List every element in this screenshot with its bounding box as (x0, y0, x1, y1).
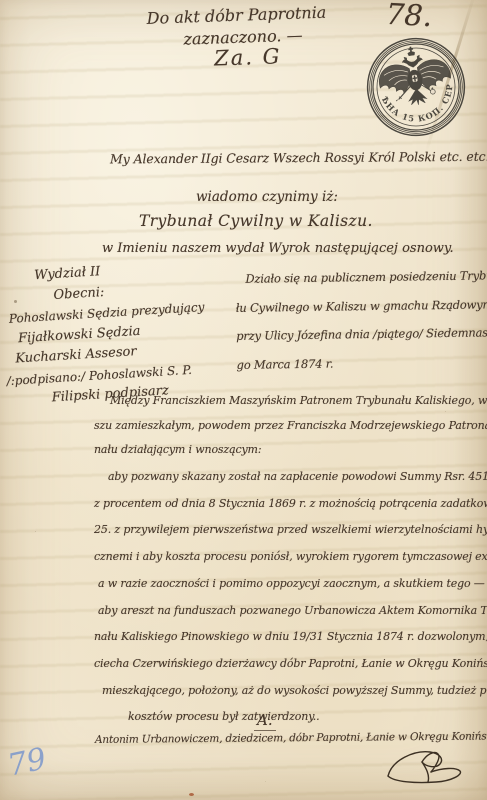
docket-paraph: Za. G (214, 44, 282, 70)
claims-line: mieszkającego, położony, aż do wysokości… (102, 678, 487, 705)
parties-paragraph: Między Franciszkiem Maszyńskim Patronem … (94, 389, 487, 463)
claims-line: aby areszt na funduszach pozwanego Urban… (98, 598, 487, 625)
pencil-folio-number: 79 (5, 741, 50, 783)
heading-royal-title: My Alexander IIgi Cesarz Wszech Rossyi K… (110, 149, 487, 167)
claims-line: cznemi i aby koszta procesu poniósł, wyr… (94, 544, 487, 571)
claims-line: kosztów procesu był zatwierdzony.. (128, 704, 487, 731)
claims-paragraph: aby pozwany skazany został na zapłacenie… (94, 464, 487, 731)
parties-line: nału działającym i wnoszącym: (94, 438, 487, 463)
claims-line: ciecha Czerwińskiego dzierżawcy dóbr Pap… (94, 651, 487, 678)
document-page: Do akt dóbr Paprotnia zaznaczono. — Za. … (0, 0, 487, 800)
stamp-seal-graphic: ЦѢНА 15 КОП. СЕР. (360, 31, 473, 144)
session-line: przy Ulicy Józefina dnia /piątego/ Siede… (236, 318, 487, 350)
claims-line: nału Kaliskiego Pinowskiego w dniu 19/31… (94, 624, 487, 651)
docket-line-1: Do akt dóbr Paprotnia (146, 3, 326, 28)
signature-paraph (378, 742, 470, 797)
section-separator: A. (254, 711, 276, 731)
claims-line: 25. z przywilejem pierwszeństwa przed ws… (94, 517, 487, 544)
ink-speck (189, 793, 194, 796)
session-line: go Marca 1874 r. (236, 347, 487, 379)
heading-tribunal: Trybunał Cywilny w Kaliszu. (139, 212, 373, 230)
signature-flourish-graphic (378, 742, 470, 797)
session-paragraph: Działo się na publicznem posiedzeniu Try… (235, 261, 487, 379)
claims-line: a w razie zaoczności i pomimo oppozycyi … (98, 571, 487, 598)
claims-line: aby pozwany skazany został na zapłacenie… (108, 464, 487, 491)
claims-line: z procentem od dnia 8 Stycznia 1869 r. z… (94, 491, 487, 518)
heading-verdict-intro: w Imieniu naszem wydał Wyrok następujące… (102, 241, 454, 256)
folio-number: 78. (385, 0, 433, 33)
parties-line: szu zamieszkałym, powodem przez Francisz… (94, 414, 487, 439)
parties-line: Między Franciszkiem Maszyńskim Patronem … (110, 389, 487, 414)
heading-proclamation: wiadomo czynimy iż: (196, 189, 338, 205)
session-line: łu Cywilnego w Kaliszu w gmachu Rządowym (236, 290, 487, 322)
session-line: Działo się na publicznem posiedzeniu Try… (245, 261, 487, 293)
revenue-stamp: ЦѢНА 15 КОП. СЕР. (360, 31, 473, 144)
